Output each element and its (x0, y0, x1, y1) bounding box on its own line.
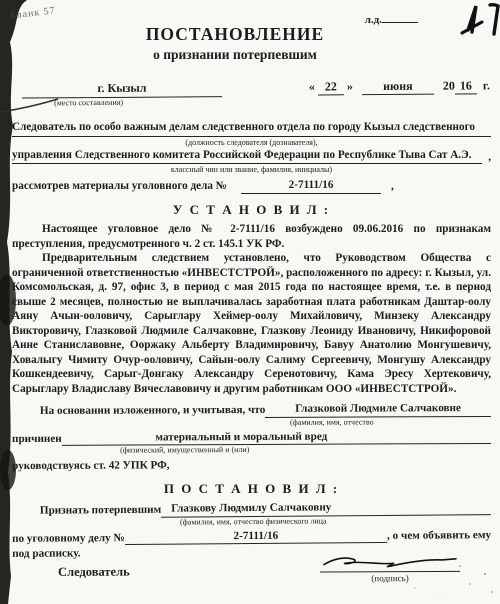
signature-box: (подпись) (320, 551, 460, 584)
investigator-caption-1: (должность следователя (дознавателя), (12, 137, 491, 148)
case-review-line: рассмотрев материалы уголовного дела № 2… (12, 178, 395, 194)
year-suffix: г. (483, 78, 490, 92)
signature-row: Следователь (подпись) (12, 551, 460, 585)
findings-paragraph-2: Предварительным следствием установлено, … (12, 251, 491, 396)
document-subtitle: о признании потерпевшим (0, 47, 470, 63)
place-value: г. Кызыл (22, 80, 222, 98)
investigator-signature-label: Следователь (12, 553, 130, 581)
caused-label: причинен (12, 431, 62, 446)
date-day: 22 (318, 79, 344, 95)
year-prefix: 20 (443, 79, 455, 93)
place-of-drafting: г. Кызыл (место составления) (22, 80, 222, 107)
investigator-caption-2: классный чин или звание, фамилия, инициа… (12, 164, 491, 175)
victim-name-dative-field: Глазковой Людмиле Салчаковне (265, 401, 491, 417)
place-date-row: г. Кызыл (место составления) « 22 » июня… (0, 78, 490, 107)
handwritten-signature (320, 551, 460, 572)
ustanovil-heading: У С Т А Н О В И Л : (12, 203, 491, 218)
investigator-name-line: управления Следственного комитета Россий… (12, 148, 482, 165)
document-body: Следователь по особо важным делам следст… (12, 120, 491, 560)
recognize-label: Признать потерпевшим (12, 503, 161, 519)
document-title: ПОСТАНОВЛЕНИЕ (0, 24, 470, 45)
ld-blank-line (382, 12, 418, 23)
resolution-caption-1: (фамилия, имя, отчество физического лица (180, 515, 491, 527)
quote-close: » (347, 79, 353, 93)
basis-prefix: На основании изложенного, и учитывая, чт… (12, 403, 266, 419)
date-year: 16 (455, 78, 477, 94)
place-caption: (место составления) (22, 97, 222, 107)
signature-caption: (подпись) (320, 573, 460, 584)
signature-line (320, 551, 460, 573)
findings-paragraph-1: Настоящее уголовное дело № 2-7111/16 воз… (12, 222, 491, 251)
case-review-label: рассмотрев материалы уголовного дела № (12, 179, 227, 194)
victim-name-accusative-field: Глазкову Людмилу Салчаковну (161, 499, 491, 517)
document-page: Бланк 57 л.д. ПОСТАНОВЛЕНИЕ о признании … (0, 0, 500, 604)
basis-block: На основании изложенного, и учитывая, чт… (12, 401, 491, 474)
investigator-position-line: Следователь по особо важным делам следст… (12, 120, 491, 137)
case-line-comma: , (391, 179, 394, 194)
quote-open: « (309, 80, 315, 94)
case-label: по уголовному делу № (12, 530, 125, 545)
line2-comma: , (488, 150, 491, 165)
guided-by-line: руководствуясь ст. 42 УПК РФ, (12, 457, 491, 474)
announce-suffix: , о чем объявить ему (387, 528, 491, 543)
resolution-case-number-field: 2-7111/16 (125, 527, 387, 545)
case-number-field: 2-7111/16 (241, 178, 381, 194)
postanovil-heading: П О С Т А Н О В И Л : (12, 482, 491, 497)
basis-caption-1: (фамилия, имя, отчество (290, 416, 491, 427)
harm-type-field: материальный и моральный вред (62, 428, 491, 445)
date-month: июня (362, 79, 434, 96)
basis-caption-2: (физический, имущественный и (или) (120, 444, 491, 456)
document-date: « 22 » июня 2016 г. (309, 78, 490, 105)
form-blank-label: Бланк 57 (10, 5, 57, 21)
